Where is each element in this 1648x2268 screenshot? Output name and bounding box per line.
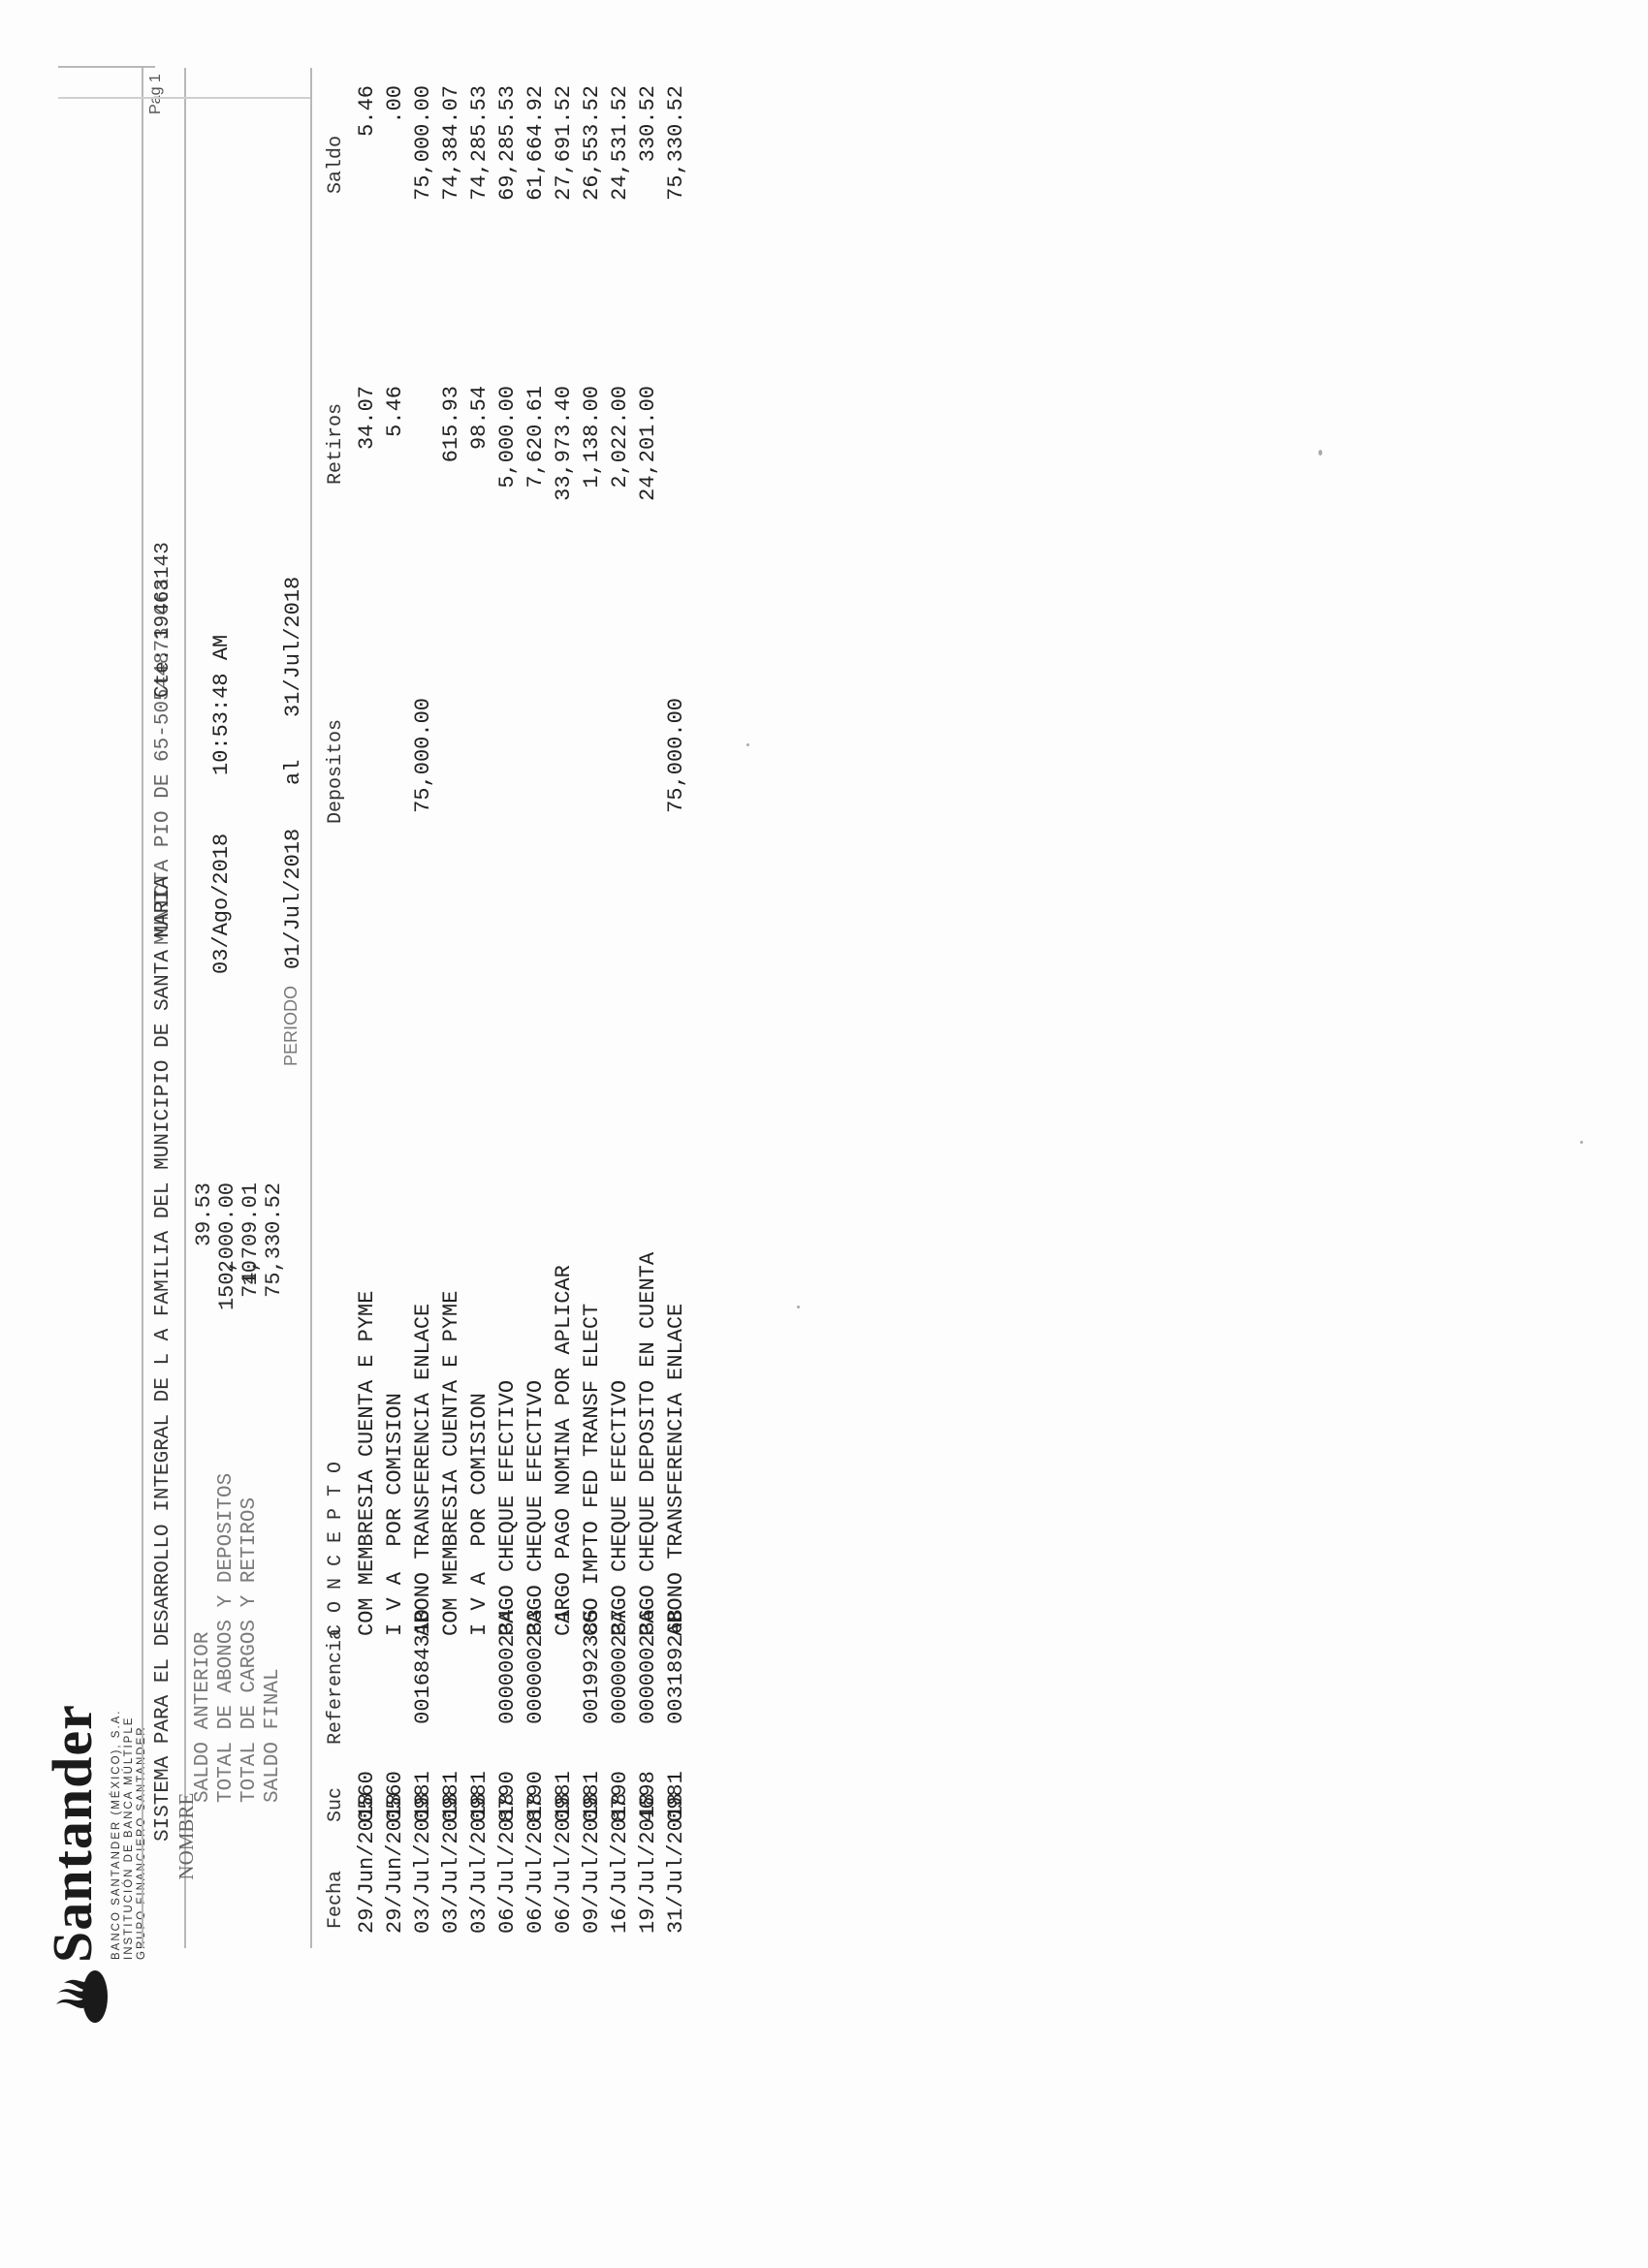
table-cell-suc: 0981 xyxy=(552,1771,576,1822)
table-cell-concepto: I V A POR COMISION xyxy=(467,1393,491,1636)
table-cell-retiros: 615.93 xyxy=(439,386,463,562)
table-cell-suc: 0560 xyxy=(383,1771,407,1822)
account-holder-name: SISTEMA PARA EL DESARROLLO INTEGRAL DE L… xyxy=(152,876,174,1842)
table-cell-suc: 0981 xyxy=(439,1771,463,1822)
summary-amount: 150,000.00 xyxy=(215,1182,239,1338)
summary-label: TOTAL DE CARGOS Y RETIROS xyxy=(238,1497,261,1803)
table-cell-retiros: 1,138.00 xyxy=(580,386,604,562)
table-cell-concepto: CGO IMPTO FED TRANSF ELECT xyxy=(580,1304,604,1636)
table-cell-suc: 4698 xyxy=(636,1771,660,1822)
table-cell-saldo: 330.52 xyxy=(636,85,660,262)
summary-label: SALDO ANTERIOR xyxy=(192,1632,214,1803)
periodo-separator: al xyxy=(281,760,305,785)
table-cell-saldo: 26,553.52 xyxy=(580,85,604,262)
divider xyxy=(58,98,310,100)
table-cell-suc: 0560 xyxy=(355,1771,379,1822)
table-cell-saldo: .00 xyxy=(383,85,407,262)
table-cell-concepto: ABONO TRANSFERENCIA ENLACE xyxy=(411,1304,435,1636)
table-cell-depositos: 75,000.00 xyxy=(411,698,435,853)
col-header-retiros: Retiros xyxy=(325,403,347,485)
summary-amount: 74,709.01 xyxy=(238,1182,263,1338)
bank-statement: Santander BANCO SANTANDER (MÉXICO), S.A.… xyxy=(0,0,1648,2268)
table-cell-suc: 0981 xyxy=(580,1771,604,1822)
periodo-start: 01/Jul/2018 xyxy=(281,829,305,969)
table-cell-saldo: 75,000.00 xyxy=(411,85,435,262)
table-cell-saldo: 61,664.92 xyxy=(523,85,548,262)
brand-subtitle-line: INSTITUCIÓN DE BANCA MÚLTIPLE xyxy=(123,1717,136,1960)
print-date: 03/Ago/2018 xyxy=(209,834,234,974)
table-cell-saldo: 75,330.52 xyxy=(664,85,688,262)
col-header-fecha: Fecha xyxy=(325,1871,347,1929)
table-cell-concepto: CARGO PAGO NOMINA POR APLICAR xyxy=(552,1265,576,1636)
table-cell-saldo: 27,691.52 xyxy=(552,85,576,262)
summary-label: SALDO FINAL xyxy=(262,1668,284,1803)
client-number-label: Cte: xyxy=(152,649,174,698)
table-cell-concepto: I V A POR COMISION xyxy=(383,1393,407,1636)
table-cell-retiros: 33,973.40 xyxy=(552,386,576,562)
table-cell-suc: 8790 xyxy=(608,1771,632,1822)
divider xyxy=(142,68,143,1948)
table-cell-suc: 0981 xyxy=(467,1771,491,1822)
santander-flame-icon xyxy=(50,1968,111,2026)
client-number: 19463143 xyxy=(152,542,174,640)
divider xyxy=(310,68,312,1948)
col-header-concepto: C O N C E P T O xyxy=(325,1462,347,1636)
table-cell-retiros: 34.07 xyxy=(355,386,379,562)
table-cell-suc: 8790 xyxy=(495,1771,520,1822)
print-time: 10:53:48 AM xyxy=(209,635,234,775)
periodo-end: 31/Jul/2018 xyxy=(281,577,305,717)
table-cell-concepto: ABONO TRANSFERENCIA ENLACE xyxy=(664,1304,688,1636)
scan-speck xyxy=(746,743,749,746)
divider xyxy=(184,68,186,1948)
summary-amount: 75,330.52 xyxy=(262,1182,286,1338)
scan-speck xyxy=(1580,1141,1583,1144)
summary-amount: 39.53 xyxy=(192,1182,216,1338)
table-cell-concepto: PAGO CHEQUE EFECTIVO xyxy=(608,1380,632,1636)
page-number: Pag 1 xyxy=(147,74,165,114)
col-header-saldo: Saldo xyxy=(325,136,347,194)
table-cell-retiros: 2,022.00 xyxy=(608,386,632,562)
table-cell-concepto: COM MEMBRESIA CUENTA E PYME xyxy=(355,1291,379,1636)
table-cell-depositos: 75,000.00 xyxy=(664,698,688,853)
table-cell-concepto: PAGO CHEQUE EFECTIVO xyxy=(523,1380,548,1636)
table-cell-suc: 0981 xyxy=(664,1771,688,1822)
table-cell-concepto: PAGO CHEQUE EFECTIVO xyxy=(495,1380,520,1636)
table-cell-retiros: 5.46 xyxy=(383,386,407,562)
nombre-label: NOMBRE xyxy=(174,1793,198,1880)
col-header-referencia: Referencia xyxy=(325,1628,347,1745)
table-cell-suc: 8790 xyxy=(523,1771,548,1822)
summary-label: TOTAL DE ABONOS Y DEPOSITOS xyxy=(215,1473,238,1803)
col-header-depositos: Depositos xyxy=(325,719,347,824)
brand-subtitle-line: BANCO SANTANDER (MÉXICO), S.A. xyxy=(111,1709,123,1960)
table-cell-concepto: PAGO CHEQUE DEPOSITO EN CUENTA xyxy=(636,1252,660,1636)
table-cell-saldo: 24,531.52 xyxy=(608,85,632,262)
table-cell-concepto: COM MEMBRESIA CUENTA E PYME xyxy=(439,1291,463,1636)
table-cell-retiros: 24,201.00 xyxy=(636,386,660,562)
table-cell-retiros: 5,000.00 xyxy=(495,386,520,562)
table-cell-suc: 0981 xyxy=(411,1771,435,1822)
table-cell-retiros: 7,620.61 xyxy=(523,386,548,562)
divider xyxy=(58,67,155,69)
brand-name: Santander xyxy=(39,1704,107,1963)
scan-speck xyxy=(1318,450,1322,456)
table-cell-retiros: 98.54 xyxy=(467,386,491,562)
periodo-label: PERIODO xyxy=(281,986,301,1066)
col-header-suc: Suc xyxy=(325,1787,347,1822)
table-cell-saldo: 74,285.53 xyxy=(467,85,491,262)
scan-speck xyxy=(797,1306,800,1308)
table-cell-saldo: 5.46 xyxy=(355,85,379,262)
table-cell-saldo: 69,285.53 xyxy=(495,85,520,262)
table-cell-saldo: 74,384.07 xyxy=(439,85,463,262)
